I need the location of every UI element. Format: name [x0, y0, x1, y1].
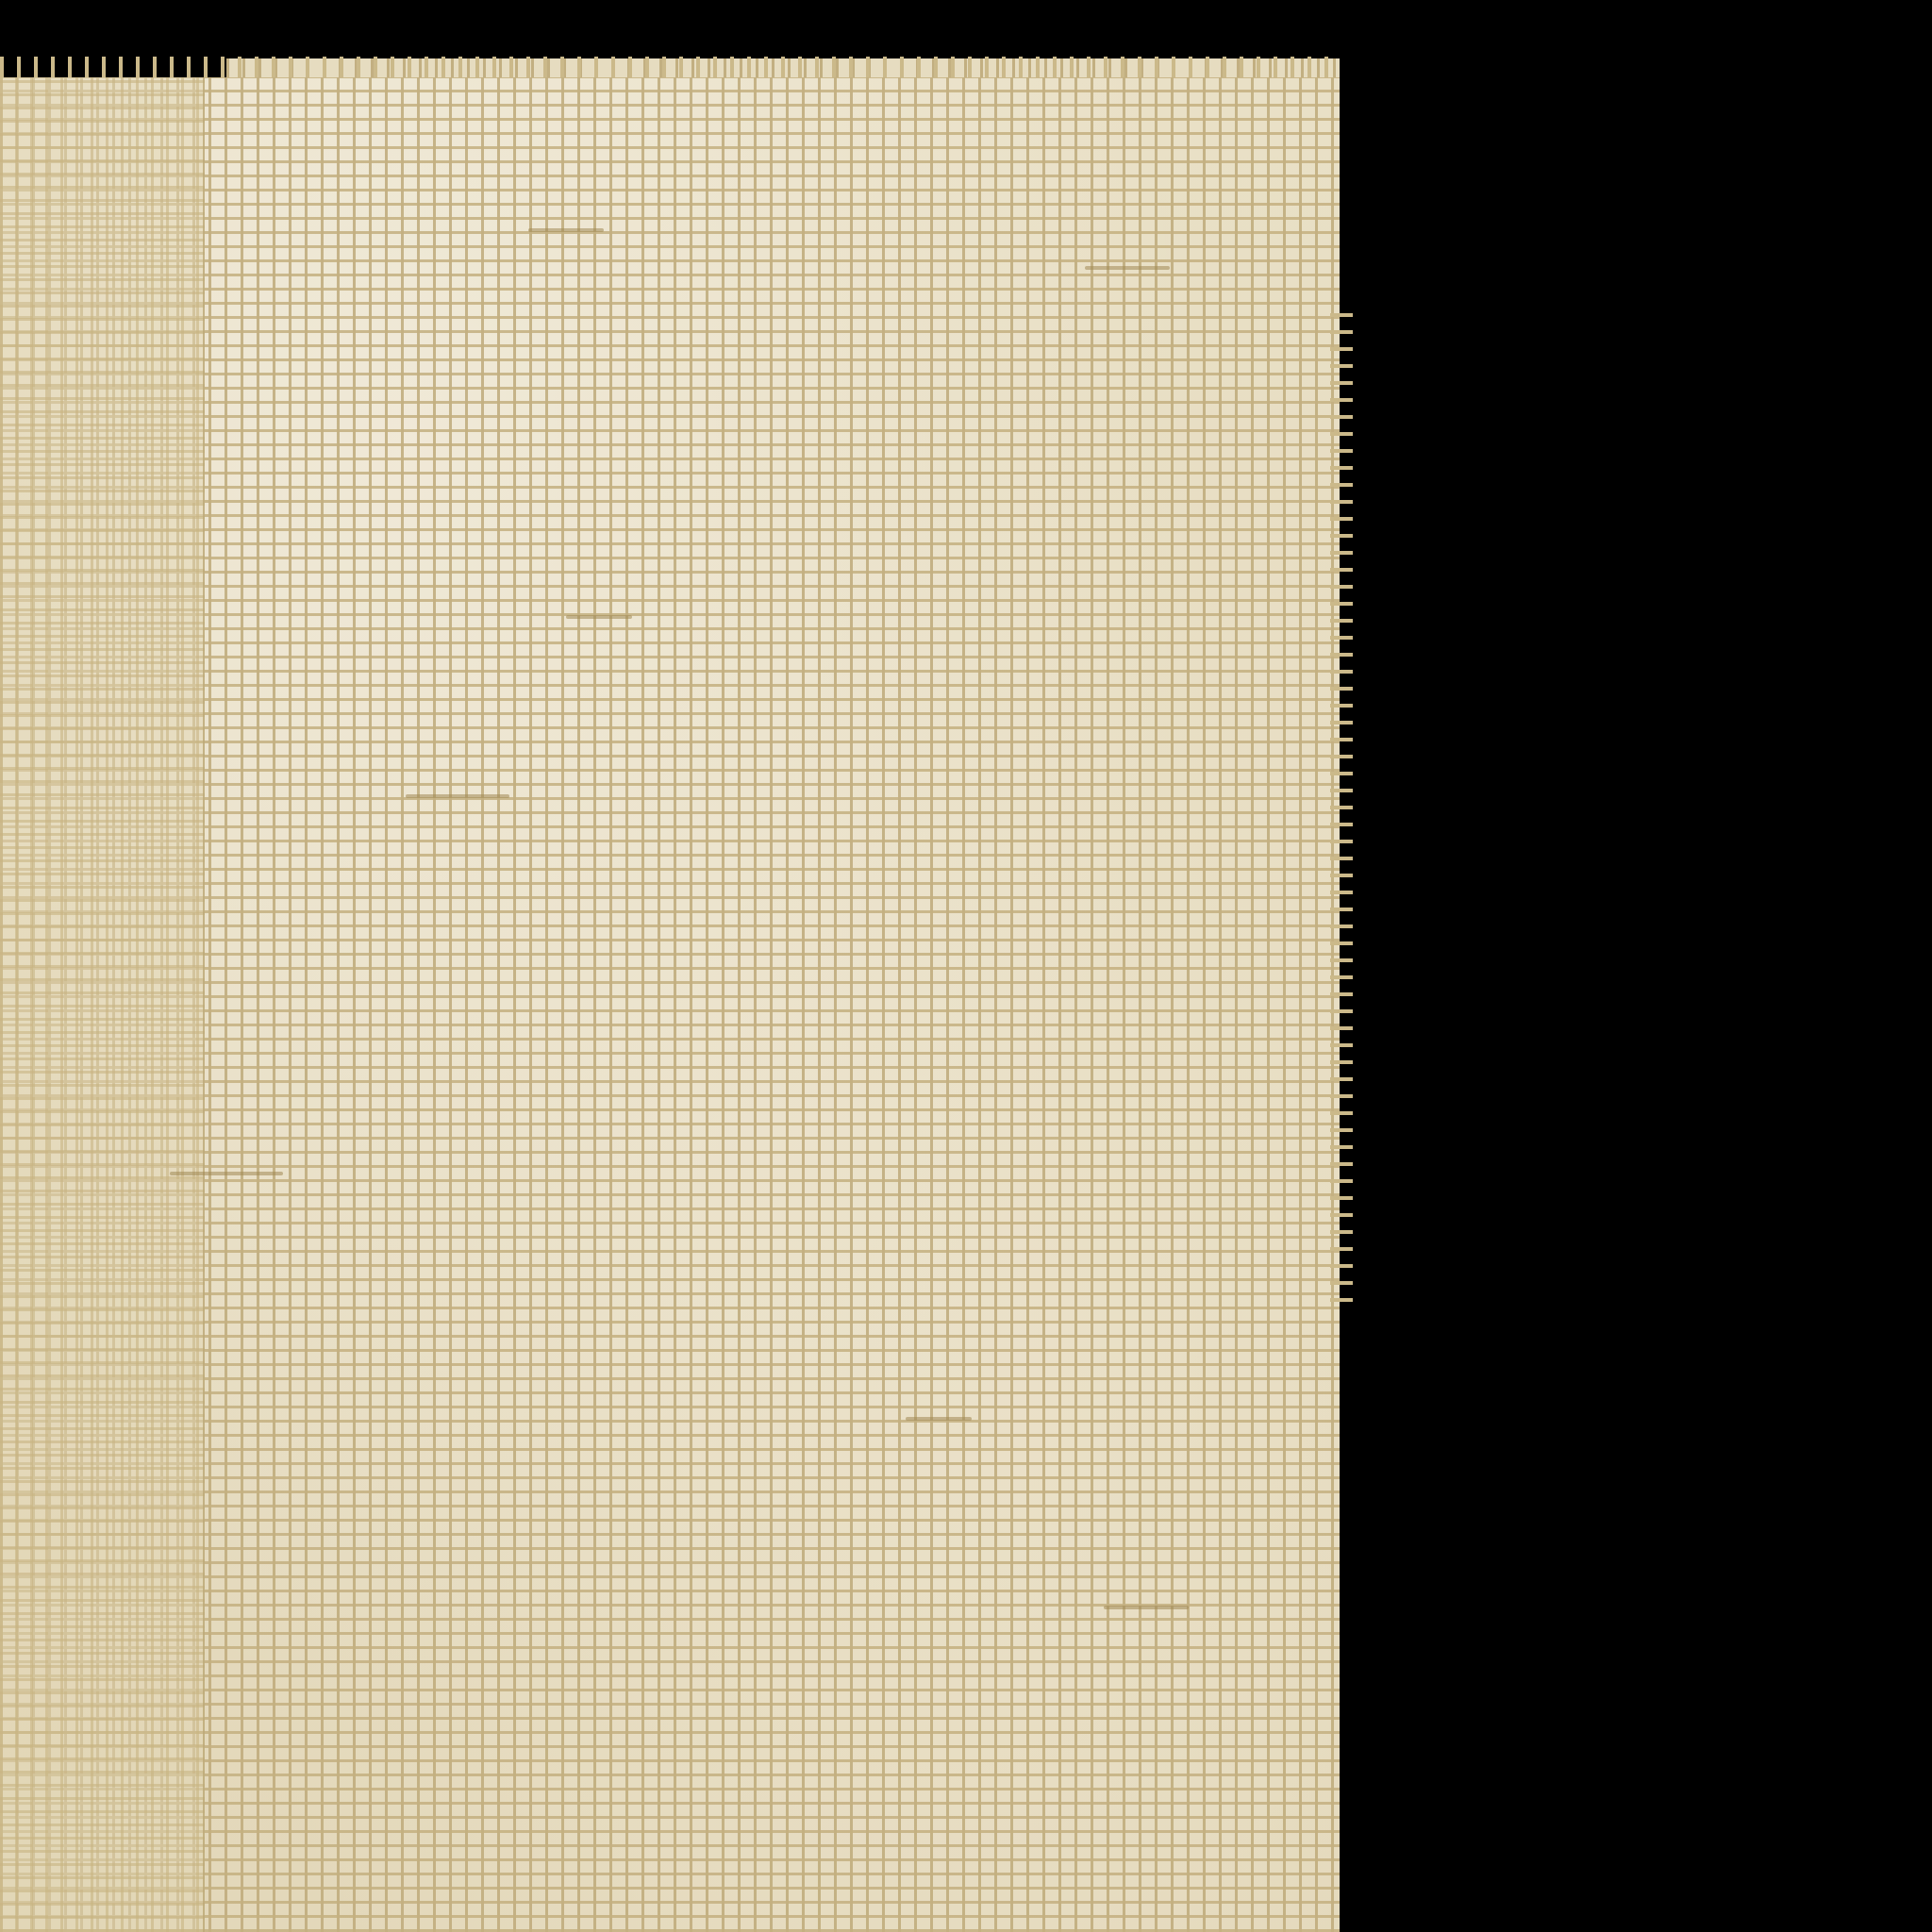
- weave-slub: [1104, 1606, 1189, 1609]
- weave-slub: [566, 615, 632, 619]
- weave-slub: [1085, 266, 1170, 270]
- weave-slub: [406, 794, 509, 798]
- weave-slub: [170, 1172, 283, 1175]
- rug-left-seam-panel: [0, 77, 205, 1932]
- weave-slub: [528, 228, 604, 232]
- weave-slub: [906, 1417, 972, 1421]
- rug-top-fringe: [0, 57, 1340, 79]
- rug-right-fringe: [1330, 311, 1353, 1302]
- woven-rug: [0, 77, 1340, 1932]
